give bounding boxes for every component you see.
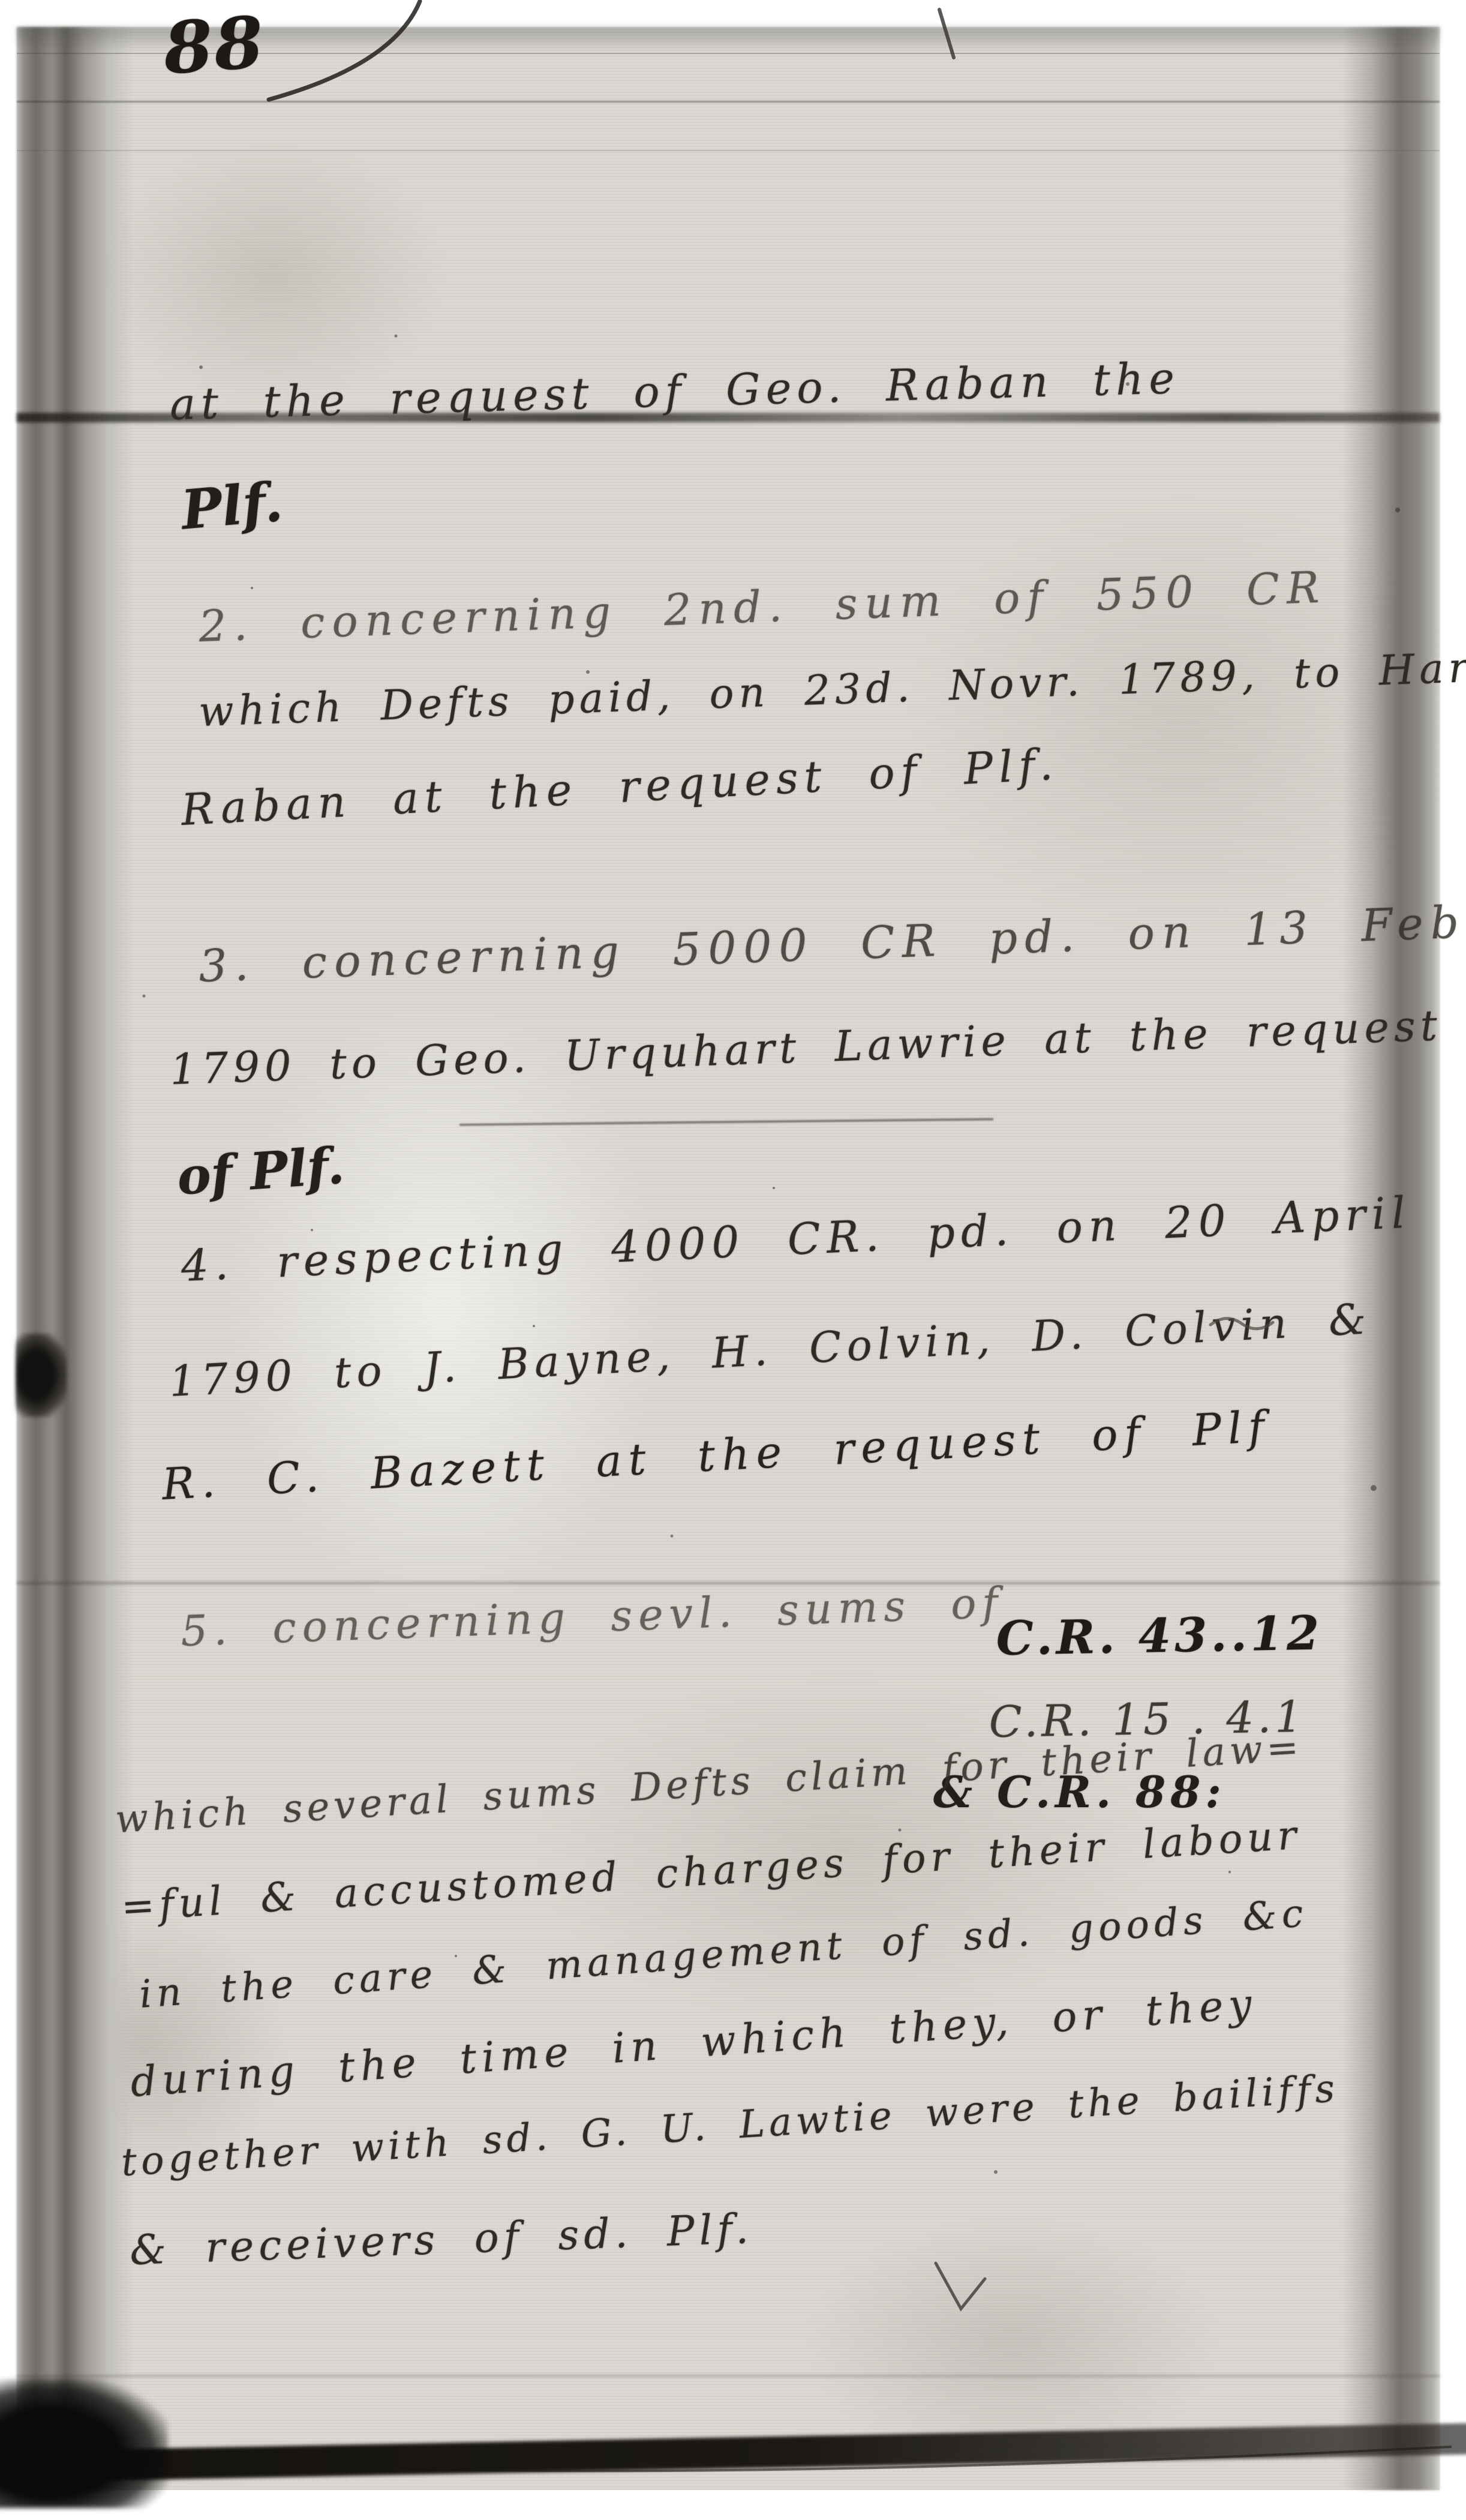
amount-cr-43-12: C.R. 43..12 [996,1606,1323,1666]
manuscript-line-2-plf: Plf. [179,470,285,542]
manuscript-line-8: of Plf. [175,1136,346,1207]
scan-shadow-right [1342,27,1440,2490]
ink-blob-bottom-corner [0,2379,168,2508]
fold-crease [17,1582,1440,1585]
ink-blot-left-margin [16,1333,67,1417]
binding-shadow-left [17,27,134,2490]
fold-crease [17,150,1440,151]
fold-crease [17,101,1440,103]
page-number: 88 [161,0,268,90]
manuscript-scan-page: 88 at the request of Geo. Raban the Plf.… [0,0,1466,2520]
fold-crease [17,2375,1440,2377]
